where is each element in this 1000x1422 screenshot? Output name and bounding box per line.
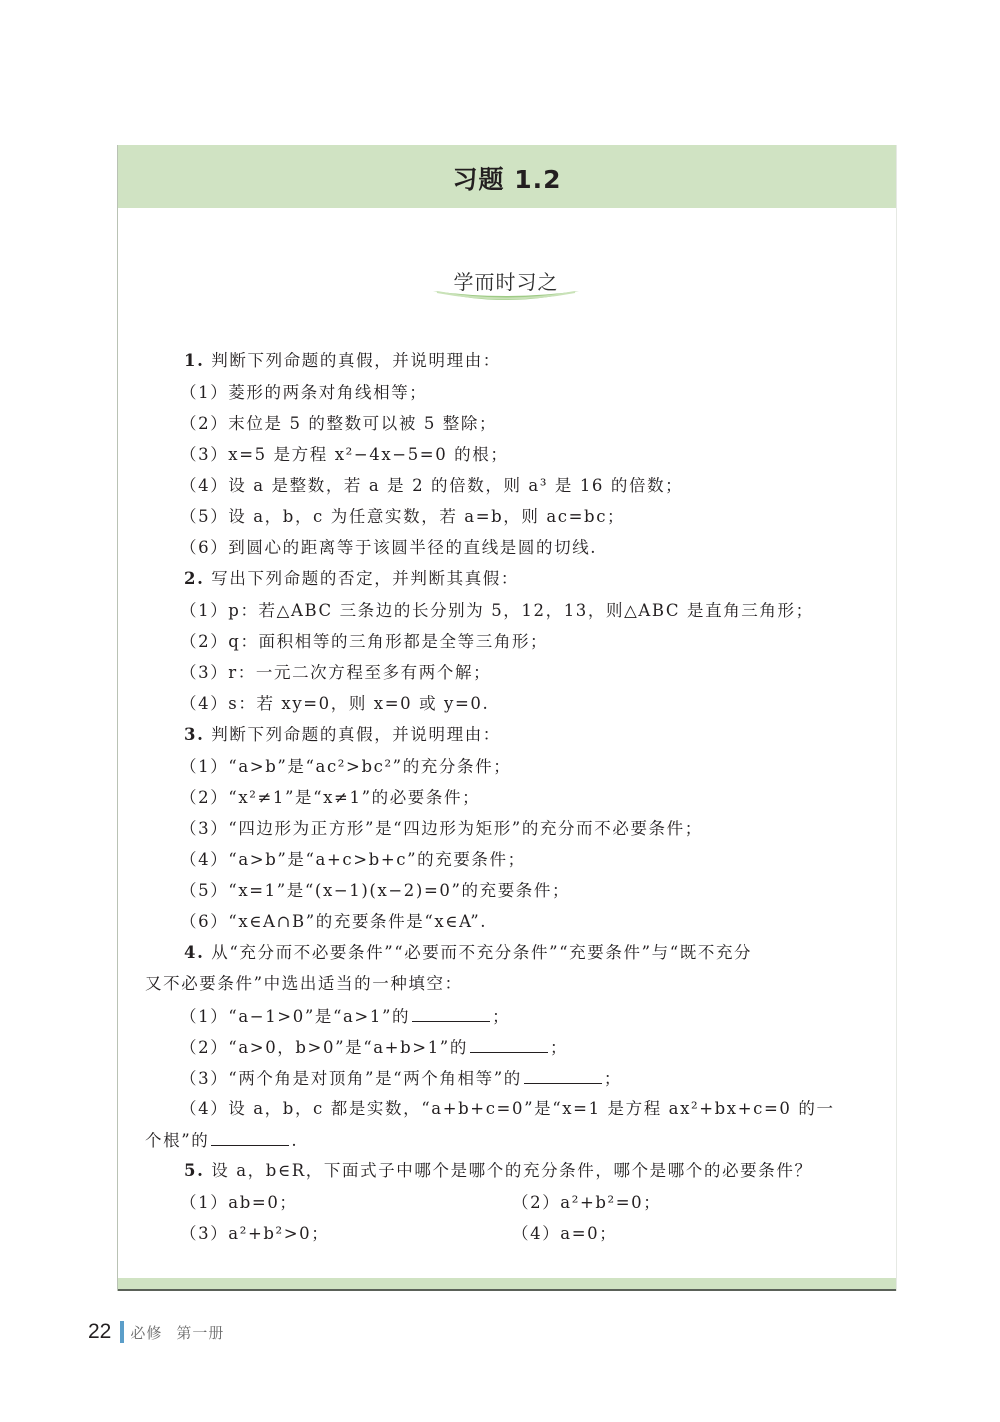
question-3-item: （1）“a>b”是“ac²>bc²”的充分条件； bbox=[180, 756, 511, 778]
question-3-stem: 3. 判断下列命题的真假，并说明理由： bbox=[184, 724, 501, 746]
question-5-item: （3）a²+b²>0； bbox=[180, 1223, 329, 1245]
question-5-item: （1）ab=0； bbox=[180, 1192, 298, 1214]
exercise-footer-band bbox=[118, 1278, 896, 1291]
question-1-item: （6）到圆心的距离等于该圆半径的直线是圆的切线. bbox=[180, 537, 597, 559]
question-3-item: （2）“x²≠1”是“x≠1”的必要条件； bbox=[180, 787, 480, 809]
question-2-item: （1）p：若△ABC 三条边的长分别为 5，12，13，则△ABC 是直角三角形… bbox=[180, 600, 814, 622]
question-5-item: （2）a²+b²=0； bbox=[512, 1192, 661, 1214]
question-4-item: （1）“a−1>0”是“a>1”的； bbox=[180, 1005, 510, 1028]
question-4-item: （3）“两个角是对顶角”是“两个角相等”的； bbox=[180, 1067, 622, 1090]
page-bar-decoration bbox=[120, 1321, 124, 1343]
book-volume: 第一册 bbox=[176, 1322, 224, 1343]
answer-blank[interactable] bbox=[412, 1005, 490, 1022]
page-number: 22 bbox=[88, 1320, 111, 1344]
exercise-header: 习题 1.2 bbox=[118, 145, 896, 208]
question-1-item: （3）x=5 是方程 x²−4x−5=0 的根； bbox=[180, 444, 508, 466]
question-4-item: （2）“a>0，b>0”是“a+b>1”的； bbox=[180, 1036, 568, 1059]
question-3-item: （3）“四边形为正方形”是“四边形为矩形”的充分而不必要条件； bbox=[180, 818, 703, 840]
answer-blank[interactable] bbox=[211, 1129, 289, 1146]
question-3-item: （6）“x∈A∩B”的充要条件是“x∈A”. bbox=[180, 911, 487, 933]
question-3-item: （5）“x=1”是“(x−1)(x−2)=0”的充要条件； bbox=[180, 880, 570, 902]
question-4-stem-cont: 又不必要条件”中选出适当的一种填空： bbox=[145, 973, 463, 995]
answer-blank[interactable] bbox=[524, 1067, 602, 1084]
question-4-item: （4）设 a，b，c 都是实数，“a+b+c=0”是“x=1 是方程 ax²+b… bbox=[180, 1098, 835, 1120]
question-2-item: （4）s：若 xy=0，则 x=0 或 y=0. bbox=[180, 693, 489, 715]
question-3-item: （4）“a>b”是“a+c>b+c”的充要条件； bbox=[180, 849, 526, 871]
swoosh-decoration-icon bbox=[431, 287, 581, 305]
answer-blank[interactable] bbox=[470, 1036, 548, 1053]
question-2-item: （2）q：面积相等的三角形都是全等三角形； bbox=[180, 631, 548, 653]
question-4-stem: 4. 从“充分而不必要条件”“必要而不充分条件”“充要条件”与“既不充分 bbox=[184, 942, 752, 964]
section-badge: 学而时习之 bbox=[431, 265, 581, 305]
question-5-item: （4）a=0； bbox=[512, 1223, 617, 1245]
page-footer: 22 必修 第一册 bbox=[88, 1317, 224, 1347]
question-1-item: （5）设 a，b，c 为任意实数，若 a=b，则 ac=bc； bbox=[180, 506, 625, 528]
question-1-item: （4）设 a 是整数，若 a 是 2 的倍数，则 a³ 是 16 的倍数； bbox=[180, 475, 683, 497]
question-1-stem: 1. 判断下列命题的真假，并说明理由： bbox=[184, 350, 501, 372]
question-5-stem: 5. 设 a，b∈R，下面式子中哪个是哪个的充分条件，哪个是哪个的必要条件？ bbox=[184, 1160, 813, 1182]
question-4-item-cont: 个根”的. bbox=[145, 1129, 298, 1152]
question-1-item: （2）末位是 5 的整数可以被 5 整除； bbox=[180, 413, 497, 435]
book-name: 必修 bbox=[130, 1322, 162, 1343]
question-2-item: （3）r：一元二次方程至多有两个解； bbox=[180, 662, 491, 684]
exercise-title: 习题 1.2 bbox=[453, 160, 562, 196]
question-2-stem: 2. 写出下列命题的否定，并判断其真假： bbox=[184, 568, 519, 590]
question-1-item: （1）菱形的两条对角线相等； bbox=[180, 382, 427, 404]
